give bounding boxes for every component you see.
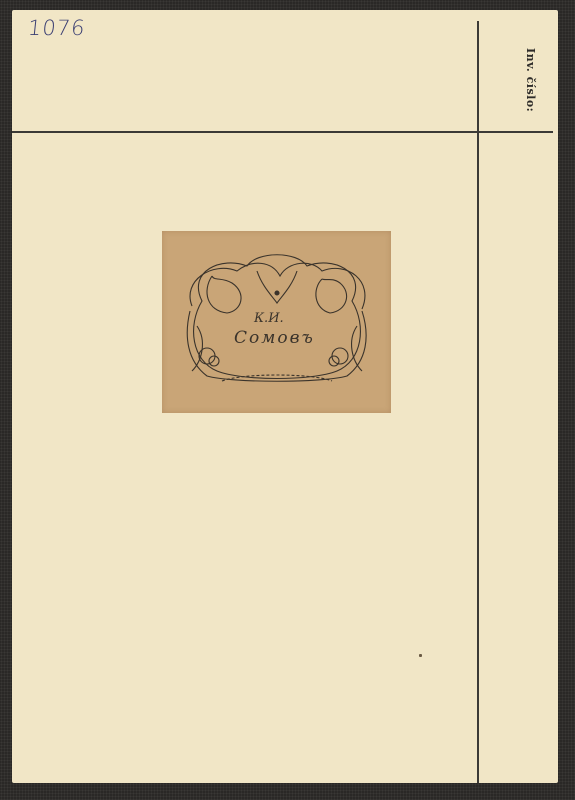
- handwritten-inventory-number: 1076: [27, 16, 87, 40]
- bookplate-name: Сомовъ: [234, 328, 315, 348]
- bookplate-initials: К.И.: [254, 311, 284, 326]
- horizontal-rule: [12, 131, 553, 133]
- paper-speck: [419, 654, 422, 657]
- bookplate-exlibris: К.И. Сомовъ: [162, 231, 391, 413]
- vertical-rule: [477, 21, 479, 783]
- inventory-number-label: Inv. číslo:: [524, 48, 537, 112]
